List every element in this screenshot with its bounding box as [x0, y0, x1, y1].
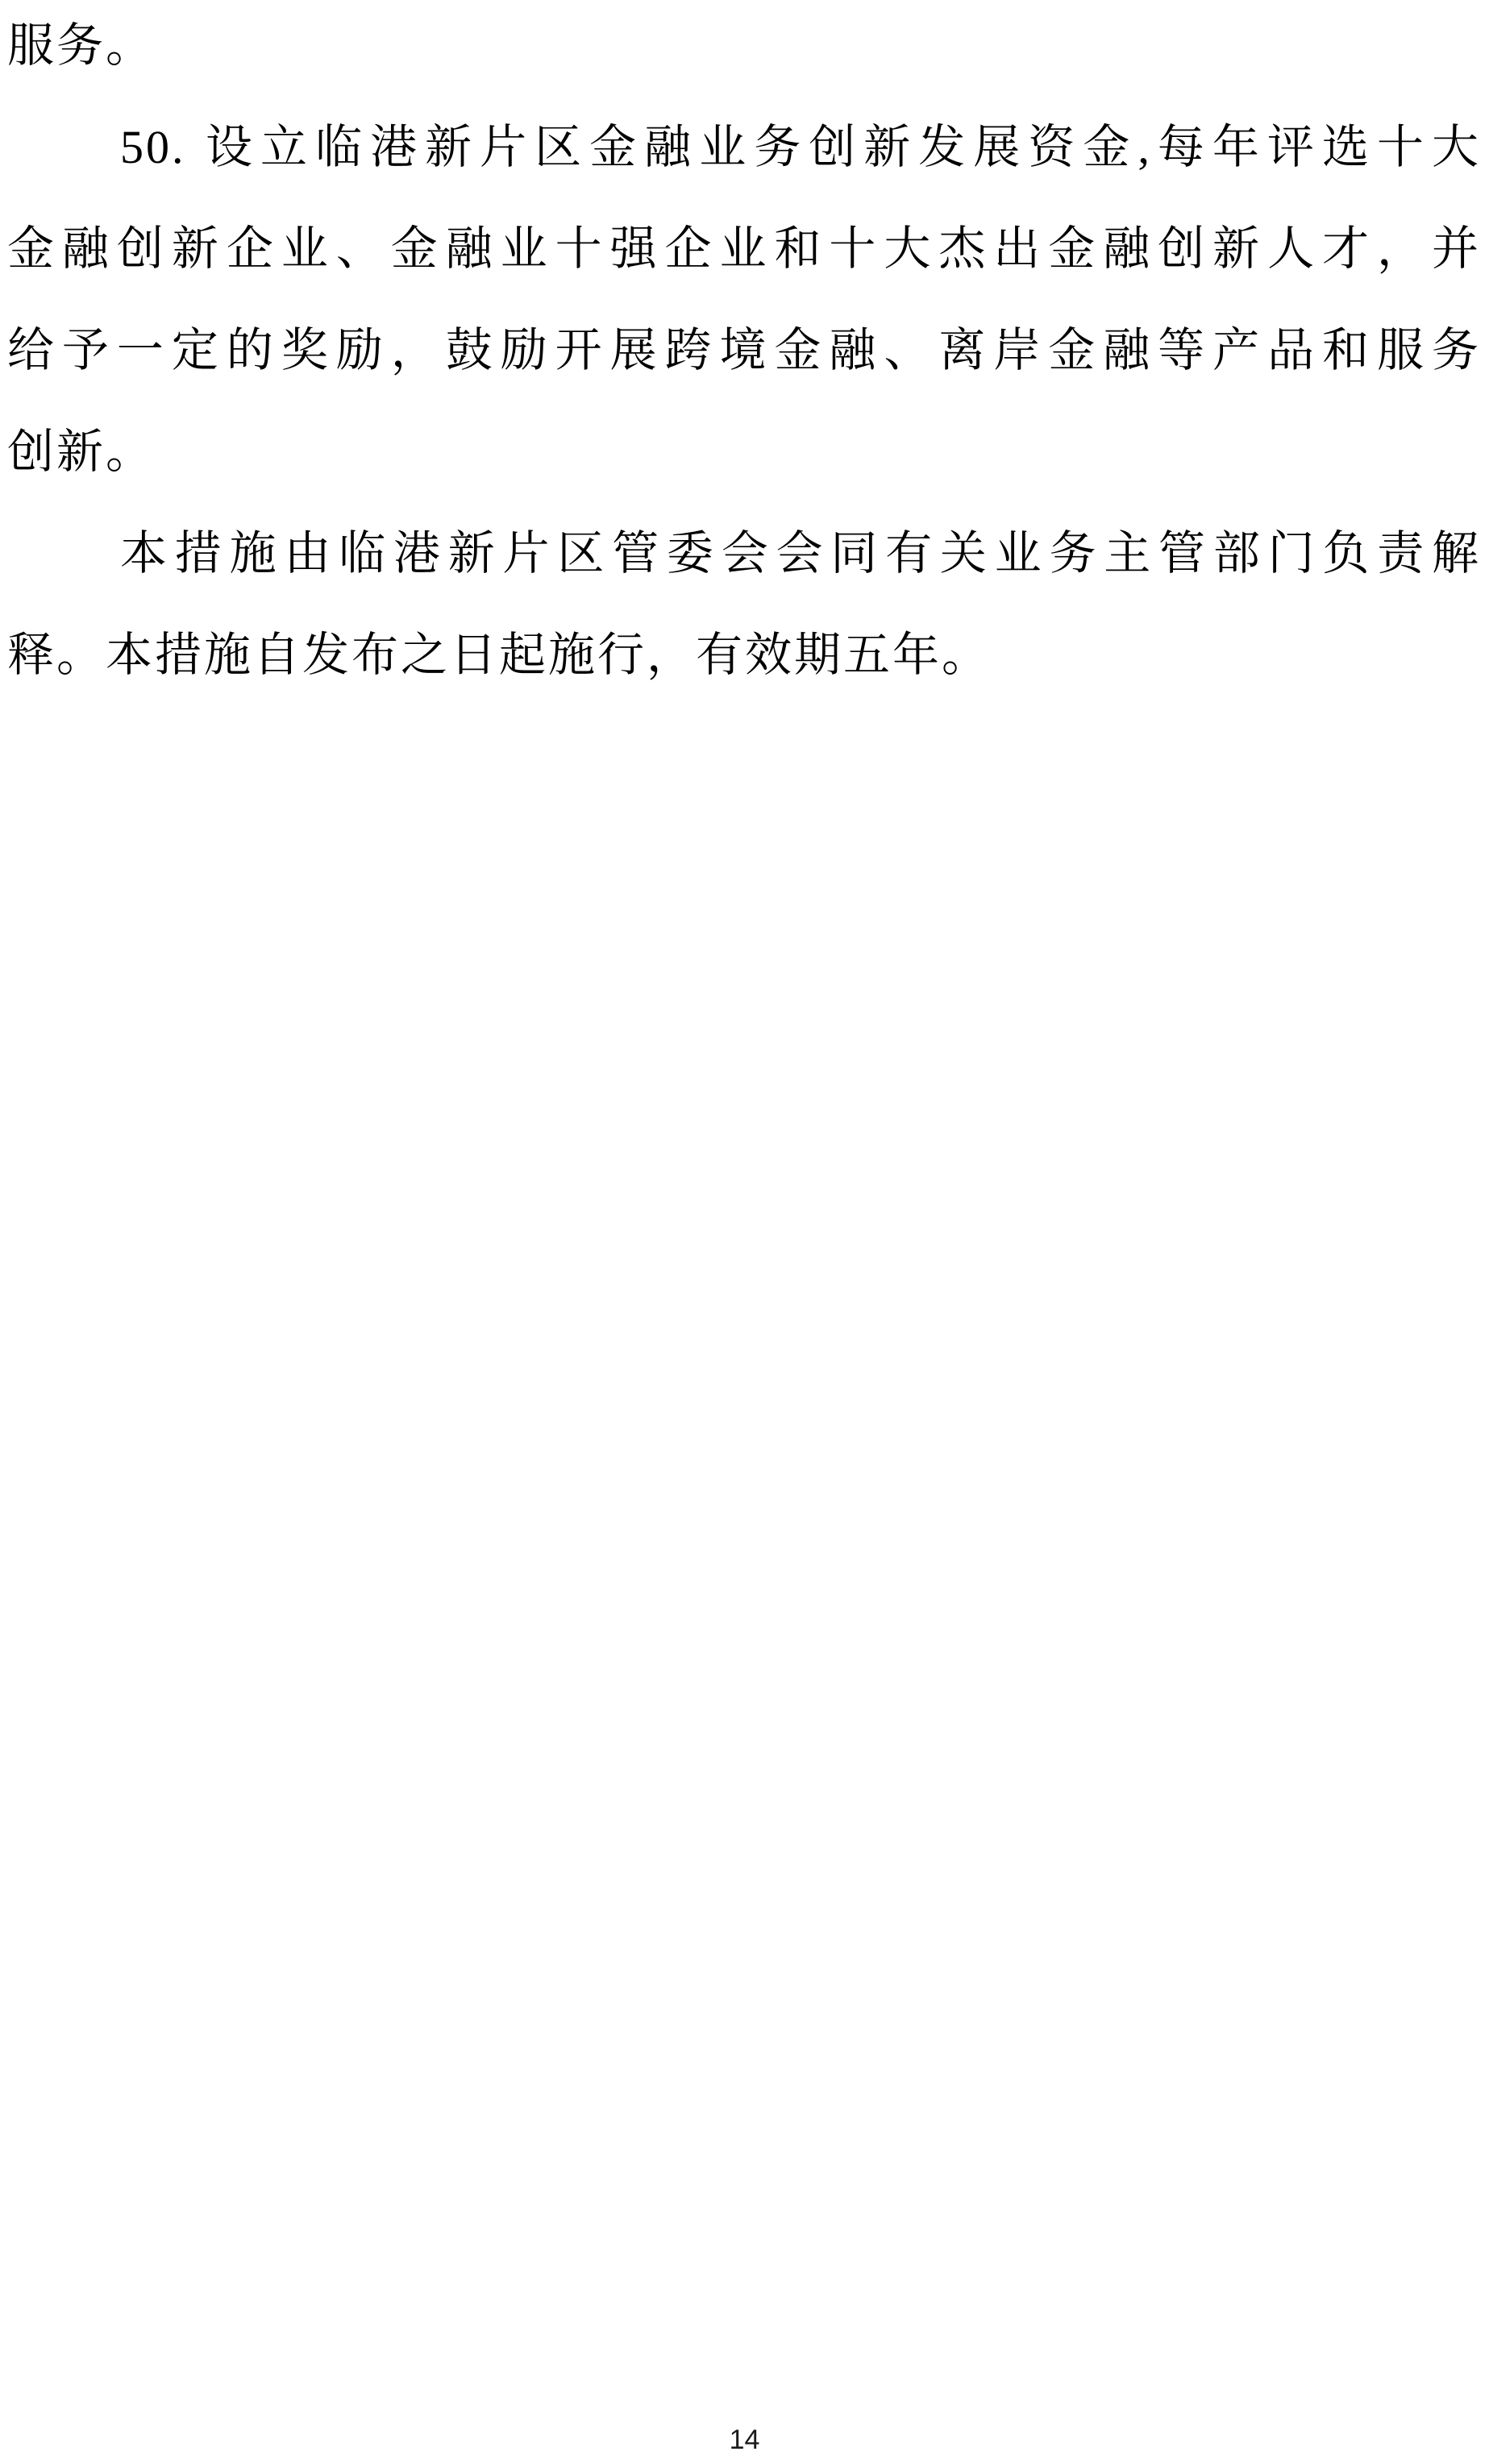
- body-text-line: 50. 设立临港新片区金融业务创新发展资金,每年评选十大: [7, 97, 1481, 198]
- body-text-line: 给予一定的奖励，鼓励开展跨境金融、离岸金融等产品和服务: [7, 300, 1481, 401]
- document-page: 服务。 50. 设立临港新片区金融业务创新发展资金,每年评选十大 金融创新企业、…: [0, 0, 1489, 2464]
- body-text-line: 创新。: [7, 401, 1481, 503]
- body-text-line: 服务。: [7, 0, 1481, 97]
- body-text-line: 金融创新企业、金融业十强企业和十大杰出金融创新人才，并: [7, 198, 1481, 300]
- body-text: 服务。 50. 设立临港新片区金融业务创新发展资金,每年评选十大 金融创新企业、…: [7, 0, 1481, 706]
- page-number: 14: [0, 2425, 1489, 2456]
- body-text-line: 本措施由临港新片区管委会会同有关业务主管部门负责解: [7, 503, 1481, 605]
- body-text-line: 释。本措施自发布之日起施行，有效期五年。: [7, 605, 1481, 706]
